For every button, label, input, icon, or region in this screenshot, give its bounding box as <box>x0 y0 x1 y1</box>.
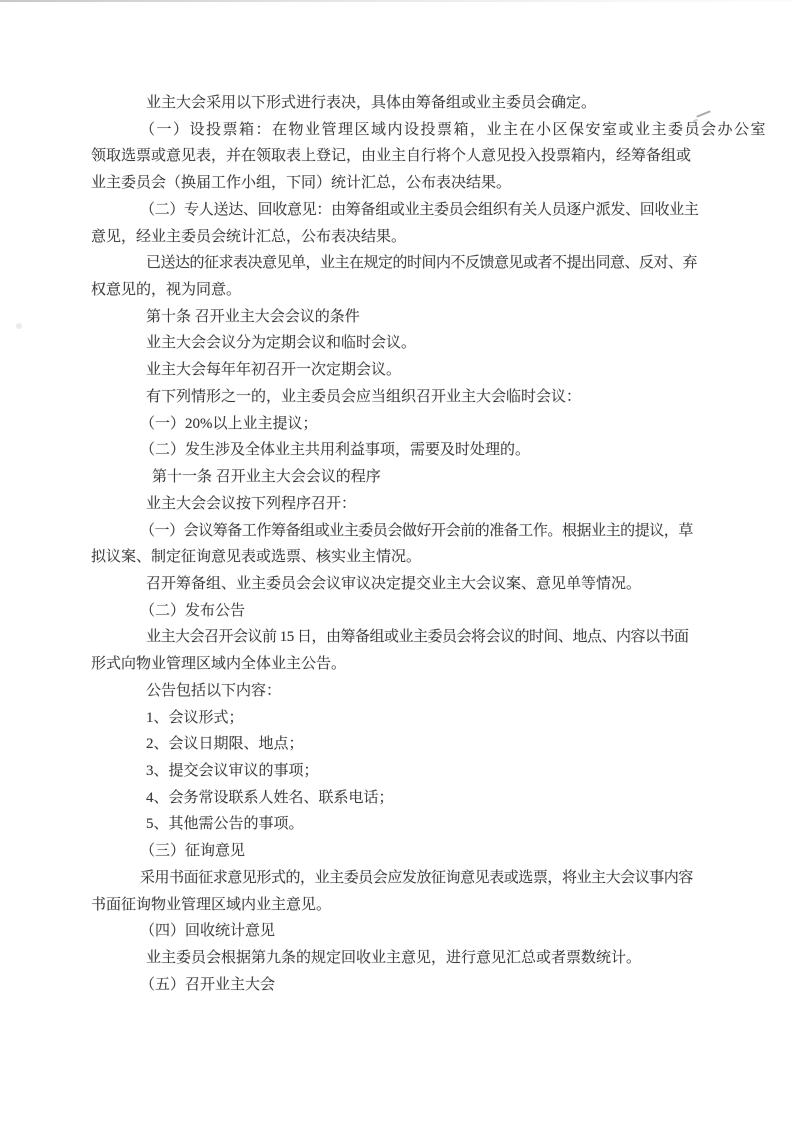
text-line: 业主大会会议分为定期会议和临时会议。 <box>91 330 751 357</box>
text-line: （一）20%以上业主提议； <box>91 411 751 438</box>
text-line: （五）召开业主大会 <box>91 972 751 999</box>
text-line: （三）征询意见 <box>91 838 751 865</box>
text-line: （二）专人送达、回收意见：由筹备组或业主委员会组织有关人员逐户派发、回收业主 <box>91 197 751 224</box>
text-line: 有下列情形之一的，业主委员会应当组织召开业主大会临时会议： <box>91 384 751 411</box>
text-line: 1、会议形式； <box>91 705 751 732</box>
text-line: 业主大会每年年初召开一次定期会议。 <box>91 357 751 384</box>
text-line: 3、提交会议审议的事项； <box>91 758 751 785</box>
text-line: 第十条 召开业主大会会议的条件 <box>91 304 751 331</box>
text-line: 召开筹备组、业主委员会会议审议决定提交业主大会议案、意见单等情况。 <box>91 571 751 598</box>
text-line: 业主大会采用以下形式进行表决，具体由筹备组或业主委员会确定。 <box>91 90 751 117</box>
scanned-document-page: 业主大会采用以下形式进行表决，具体由筹备组或业主委员会确定。（一）设投票箱：在物… <box>0 0 793 1121</box>
text-line: 4、会务常设联系人姓名、联系电话； <box>91 785 751 812</box>
text-line: 书面征询物业管理区域内业主意见。 <box>91 892 751 919</box>
text-line: 意见，经业主委员会统计汇总，公布表决结果。 <box>91 224 751 251</box>
text-line: 公告包括以下内容： <box>91 678 751 705</box>
text-line: 已送达的征求表决意见单，业主在规定的时间内不反馈意见或者不提出同意、反对、弃 <box>91 250 751 277</box>
text-line: 拟议案、制定征询意见表或选票、核实业主情况。 <box>91 544 751 571</box>
text-line: 业主大会会议按下列程序召开： <box>91 491 751 518</box>
text-line: （二）发布公告 <box>91 598 751 625</box>
text-line: （一）设投票箱：在物业管理区域内设投票箱，业主在小区保安室或业主委员会办公室 <box>91 117 751 144</box>
text-line: 业主委员会（换届工作小组，下同）统计汇总，公布表决结果。 <box>91 170 751 197</box>
text-line: 采用书面征求意见形式的，业主委员会应发放征询意见表或选票，将业主大会议事内容 <box>91 865 751 892</box>
text-line: 权意见的，视为同意。 <box>91 277 751 304</box>
text-line: 业主委员会根据第九条的规定回收业主意见，进行意见汇总或者票数统计。 <box>91 945 751 972</box>
text-line: 2、会议日期限、地点； <box>91 731 751 758</box>
text-line: 5、其他需公告的事项。 <box>91 811 751 838</box>
text-line: 第十一条 召开业主大会会议的程序 <box>91 464 751 491</box>
text-line: （二）发生涉及全体业主共用利益事项，需要及时处理的。 <box>91 437 751 464</box>
scan-edge-shadow <box>0 0 793 2</box>
text-line: （一）会议筹备工作筹备组或业主委员会做好开会前的准备工作。根据业主的提议，草 <box>91 518 751 545</box>
text-line: 形式向物业管理区域内全体业主公告。 <box>91 651 751 678</box>
scan-speck-artifact <box>16 323 22 329</box>
text-line: 领取选票或意见表，并在领取表上登记，由业主自行将个人意见投入投票箱内，经筹备组或 <box>91 143 751 170</box>
text-line: （四）回收统计意见 <box>91 918 751 945</box>
text-line: 业主大会召开会议前 15 日，由筹备组或业主委员会将会议的时间、地点、内容以书面 <box>91 624 751 651</box>
document-text: 业主大会采用以下形式进行表决，具体由筹备组或业主委员会确定。（一）设投票箱：在物… <box>91 90 751 998</box>
